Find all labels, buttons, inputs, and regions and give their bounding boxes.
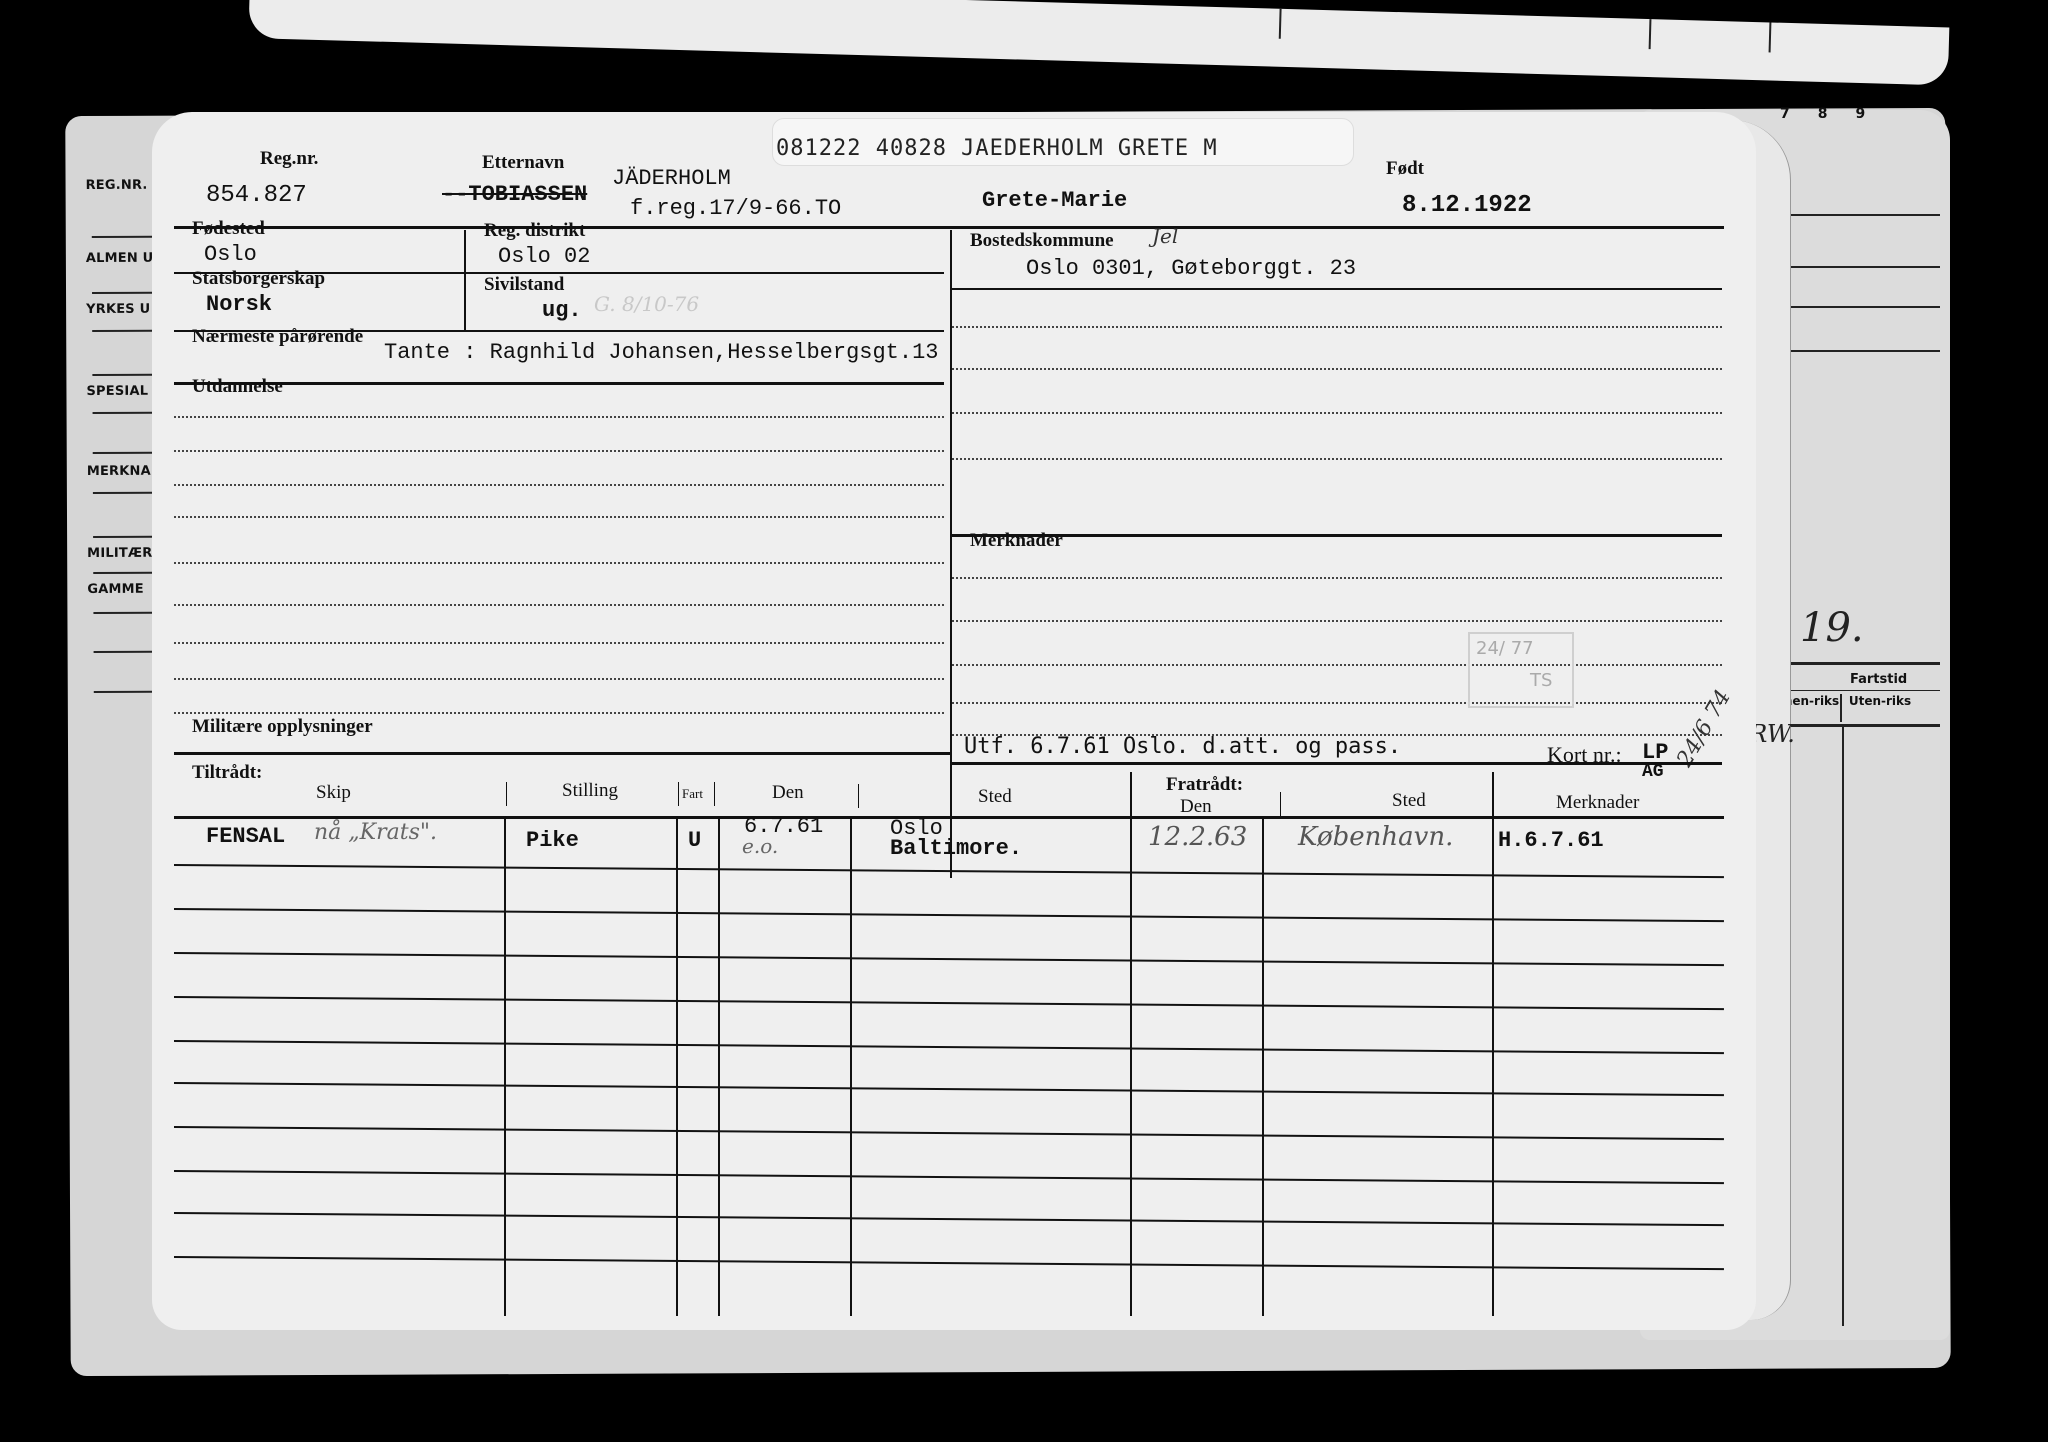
- dotted-line: [174, 484, 944, 486]
- divider: [174, 752, 950, 755]
- scale-numbers: 789: [1780, 106, 1893, 122]
- column-line: [504, 816, 506, 1316]
- divider: [678, 782, 679, 806]
- col-stilling: Stilling: [562, 780, 618, 802]
- cell-skip-note: nå „Krats".: [314, 820, 437, 845]
- cell-fratradt-sted: København.: [1298, 822, 1453, 852]
- fodt-value: 8.12.1922: [1402, 192, 1532, 219]
- back-label-spesial: SPESIAL: [86, 384, 148, 399]
- cell-skip: FENSAL: [206, 824, 285, 849]
- col-fratradt-den: Den: [1180, 796, 1212, 818]
- divider: [714, 782, 715, 806]
- dotted-line: [174, 642, 944, 644]
- back-label-gamme: GAMME: [87, 582, 144, 597]
- dotted-line: [952, 620, 1722, 622]
- seaman-register-card: 081222 40828 JAEDERHOLM GRETE M Reg.nr. …: [152, 112, 1756, 1330]
- merknader-label: Merknader: [970, 530, 1063, 552]
- dotted-line: [952, 664, 1722, 666]
- etternavn-label: Etternavn: [482, 152, 564, 174]
- dotted-line: [174, 416, 944, 418]
- dotted-line: [174, 450, 944, 452]
- dotted-line: [174, 604, 944, 606]
- scale-number: 7: [1780, 106, 1818, 122]
- kort-nr-handwritten: 24/6 74: [1672, 686, 1736, 772]
- scale-number: 8: [1818, 106, 1856, 122]
- dotted-line: [952, 702, 1722, 704]
- column-line: [718, 816, 720, 1316]
- fratradt-label: Fratrådt:: [1166, 774, 1243, 796]
- utenriks-header: Uten-riks: [1845, 694, 1915, 708]
- cell-sted-2: Baltimore.: [890, 836, 1022, 861]
- fodested-label: Fødested: [192, 218, 265, 240]
- statsborgerskap-label: Statsborgerskap: [192, 268, 325, 290]
- cell-merknader: H.6.7.61: [1498, 828, 1604, 853]
- struck-surname: --TOBIASSEN: [442, 182, 587, 207]
- dotted-line: [952, 412, 1722, 414]
- back-label-almen: ALMEN U: [86, 251, 154, 266]
- bostedskommune-value: Oslo 0301, Gøteborggt. 23: [1026, 256, 1356, 281]
- reg-nr-label: Reg.nr.: [260, 148, 318, 170]
- militaere-label: Militære opplysninger: [192, 716, 373, 738]
- card-tick: [1769, 22, 1772, 52]
- col-skip: Skip: [316, 782, 351, 804]
- bostedskommune-label: Bostedskommune: [970, 230, 1114, 252]
- column-line: [1130, 772, 1132, 1316]
- dotted-line: [952, 458, 1722, 460]
- stamp-line: 24/ 77: [1476, 638, 1534, 659]
- bostedskommune-mark: Jel: [1152, 224, 1178, 248]
- header-code: 081222 40828 JAEDERHOLM GRETE M: [776, 136, 1218, 161]
- cell-stilling: Pike: [526, 828, 579, 853]
- card-tick: [1279, 9, 1282, 39]
- utdannelse-label: Utdannelse: [192, 376, 283, 398]
- back-label-reg-nr: REG.NR.: [86, 178, 148, 193]
- narmeste-parorende-value: Tante : Ragnhild Johansen,Hesselbergsgt.…: [384, 340, 939, 365]
- fartstid-header: Fartstid: [1850, 672, 1907, 687]
- col-den: Den: [772, 782, 804, 804]
- fodested-value: Oslo: [204, 242, 257, 267]
- divider: [1280, 792, 1281, 816]
- card-tick: [1649, 19, 1652, 49]
- tiltradt-label: Tiltrådt:: [192, 762, 262, 784]
- first-name-value: Grete-Marie: [982, 188, 1127, 213]
- sivilstand-label: Sivilstand: [484, 274, 564, 296]
- reg-nr-value: 854.827: [206, 182, 307, 209]
- divider: [506, 782, 507, 806]
- fodt-label: Født: [1386, 158, 1424, 180]
- column-line: [676, 816, 678, 1316]
- divider: [952, 534, 1722, 537]
- column-line: [1842, 726, 1844, 1326]
- column-line: [1262, 816, 1264, 1316]
- divider: [858, 784, 859, 808]
- cell-fratradt-den: 12.2.63: [1148, 822, 1247, 852]
- divider: [1840, 694, 1842, 722]
- reg-distrikt-label: Reg. distrikt: [484, 220, 585, 242]
- scale-number: 9: [1856, 106, 1894, 122]
- divider: [174, 226, 1724, 229]
- surname-note: f.reg.17/9-66.TO: [630, 196, 841, 221]
- column-line: [850, 816, 852, 1316]
- sivilstand-handwritten: G. 8/10-76: [594, 292, 699, 316]
- divider: [464, 230, 466, 330]
- col-fratradt-sted: Sted: [1392, 790, 1426, 812]
- kort-nr-value-2: AG: [1642, 762, 1664, 782]
- reg-distrikt-value: Oslo 02: [498, 244, 590, 269]
- dotted-line: [174, 712, 944, 714]
- stamp-line: TS: [1530, 670, 1552, 691]
- divider: [174, 382, 944, 385]
- sivilstand-value: ug.: [542, 298, 582, 323]
- back-label-merknader: MERKNA: [87, 464, 151, 479]
- dotted-line: [174, 678, 944, 680]
- cell-fart: U: [688, 828, 701, 853]
- handwritten-fragment: 19.: [1800, 605, 1864, 651]
- dotted-line: [952, 577, 1722, 579]
- col-fart: Fart: [682, 786, 703, 802]
- dotted-line: [174, 562, 944, 564]
- dotted-line: [174, 516, 944, 518]
- dotted-line: [952, 326, 1722, 328]
- back-label-yrkes: YRKES U: [86, 302, 150, 317]
- adjacent-card-top: [248, 0, 1949, 85]
- statsborgerskap-value: Norsk: [206, 292, 272, 317]
- dotted-line: [952, 368, 1722, 370]
- column-line: [1492, 772, 1494, 1316]
- divider: [952, 288, 1722, 290]
- narmeste-parorende-label: Nærmeste pårørende: [192, 326, 363, 348]
- col-merknader: Merknader: [1556, 792, 1639, 814]
- cell-den-note: e.o.: [742, 834, 778, 858]
- col-sted: Sted: [978, 786, 1012, 808]
- utf-value: Utf. 6.7.61 Oslo. d.att. og pass.: [964, 734, 1401, 759]
- back-label-militaer: MILITÆR: [87, 546, 152, 561]
- surname-value: JÄDERHOLM: [612, 166, 731, 191]
- divider: [950, 762, 1722, 765]
- faded-stamp: 24/ 77 TS: [1468, 632, 1574, 708]
